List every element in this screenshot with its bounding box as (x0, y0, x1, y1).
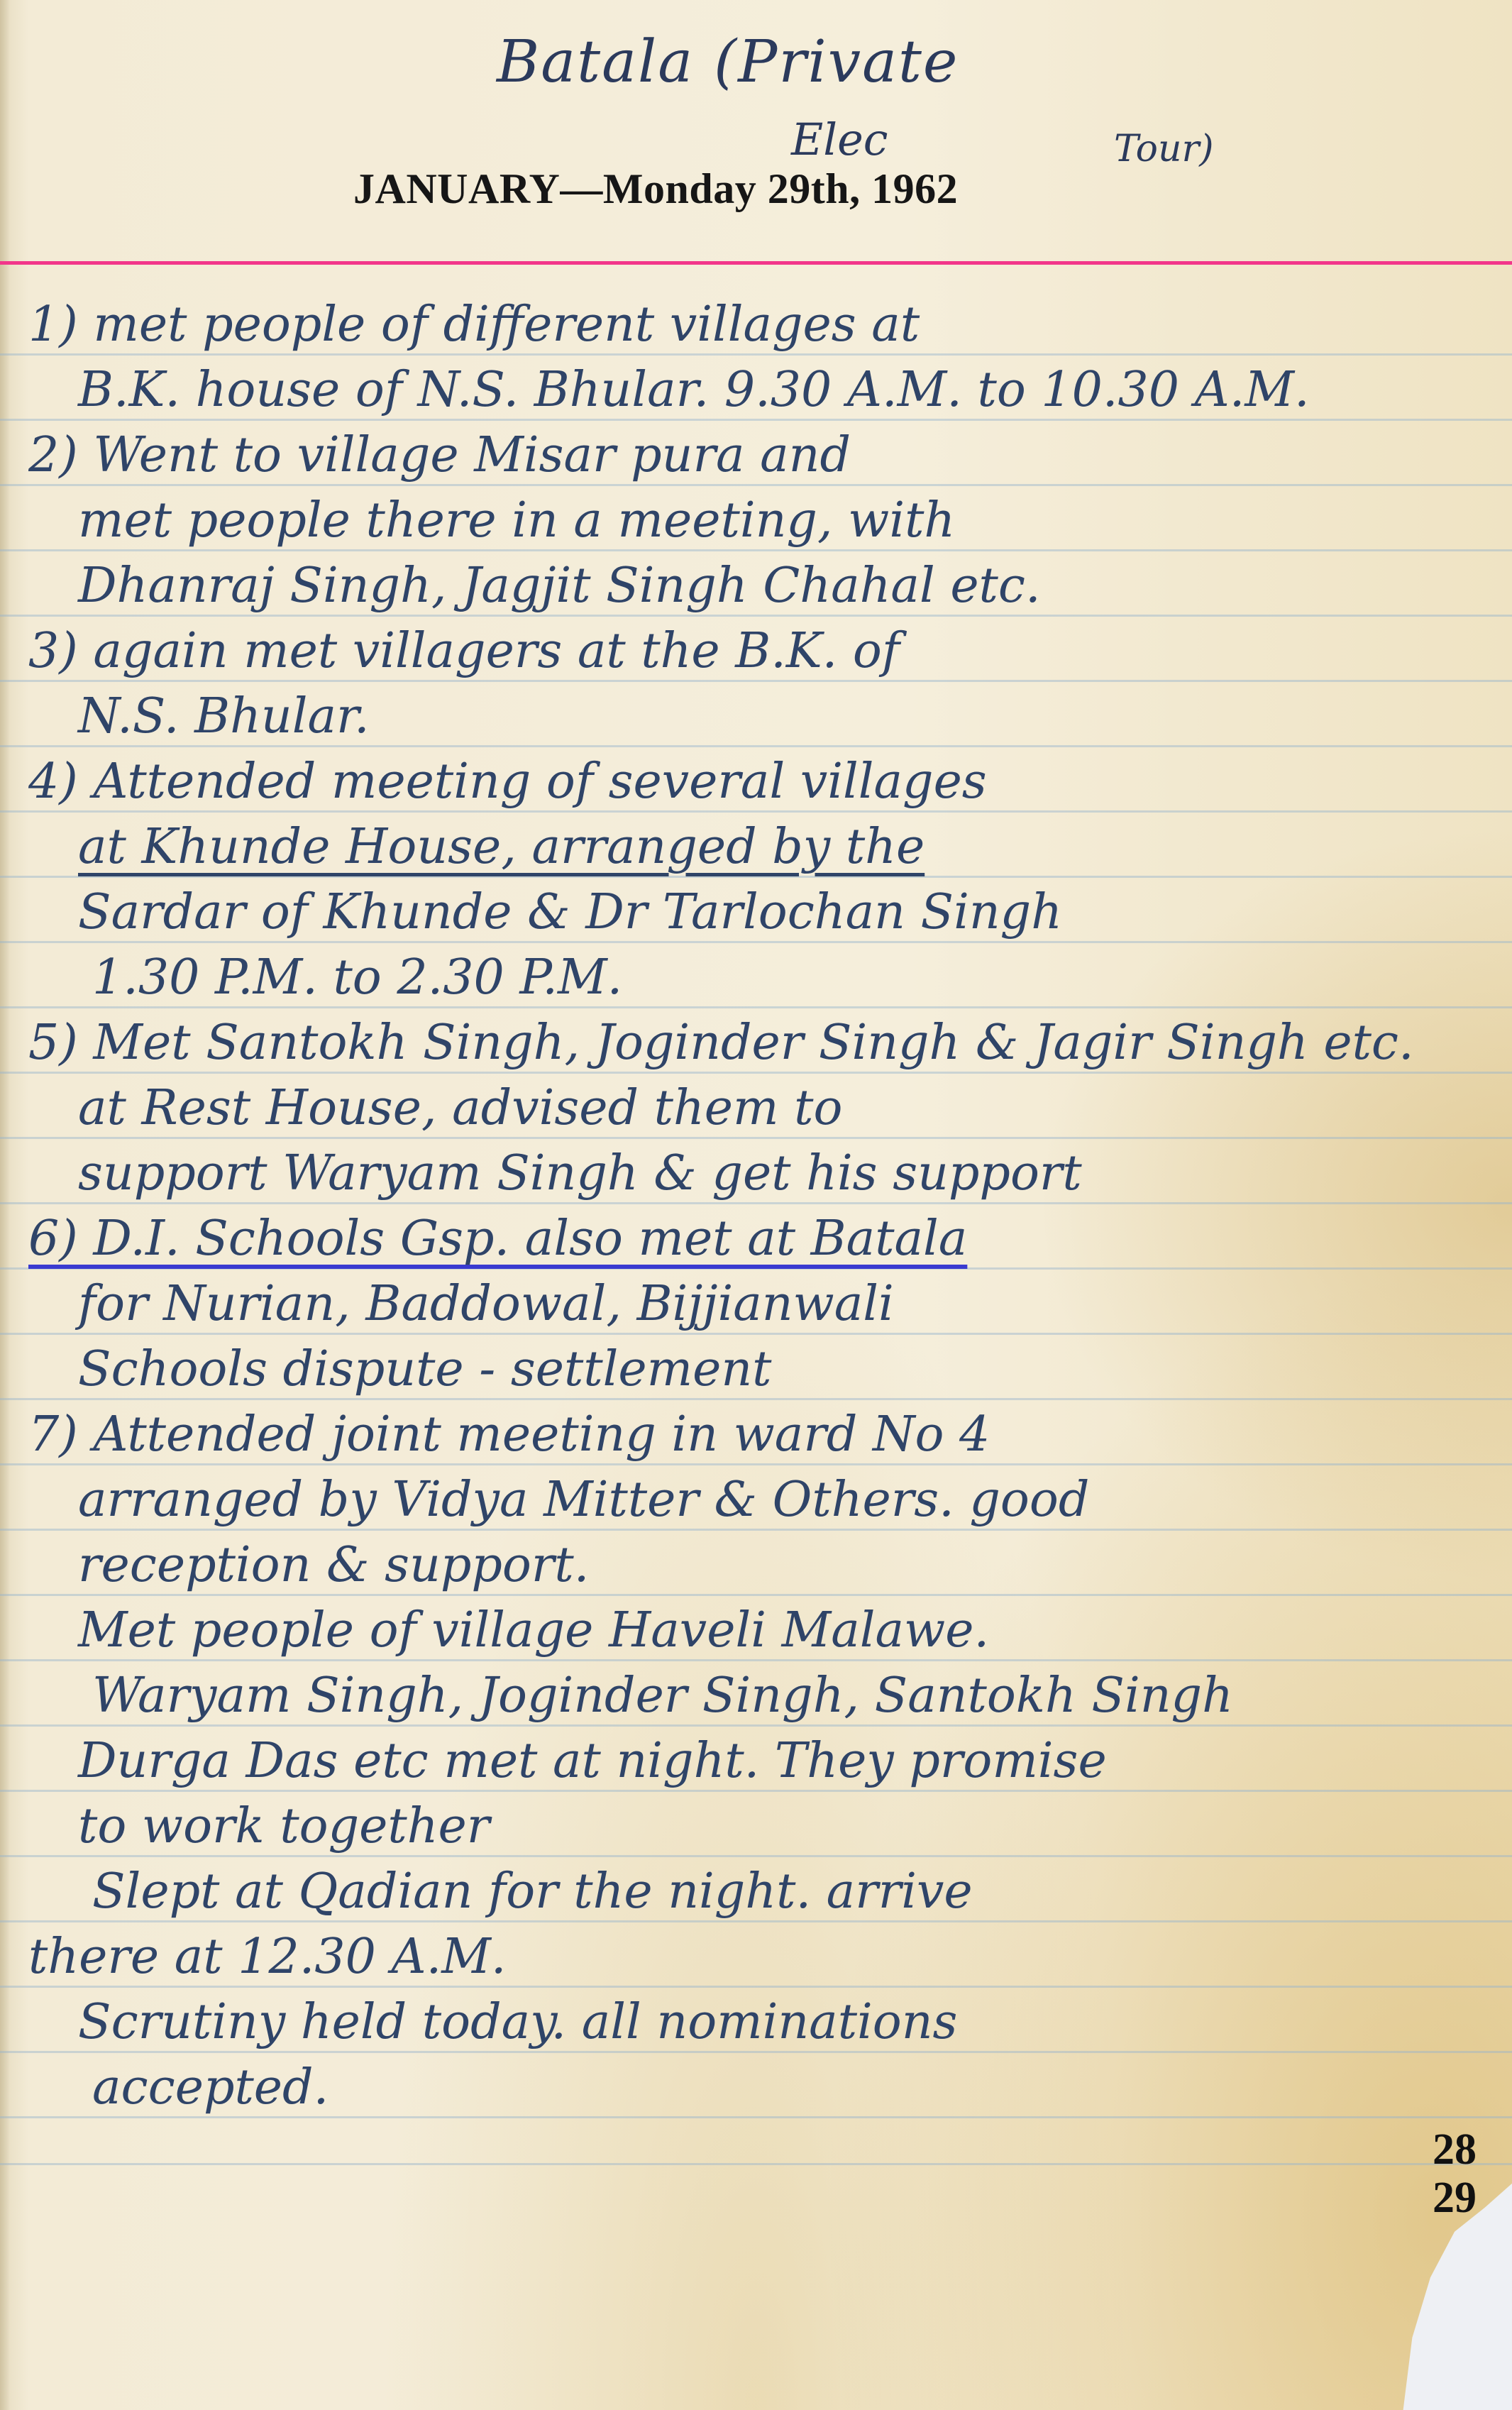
entry-3-line-2: N.S. Bhular. (28, 684, 1476, 749)
tab-date-29: 29 (1423, 2174, 1486, 2222)
entry-7-line-1: 7) Attended joint meeting in ward No 4 (28, 1402, 1476, 1468)
entry-5-line-1: 5) Met Santokh Singh, Joginder Singh & J… (28, 1011, 1476, 1076)
page-date-tab[interactable]: 28 29 (1423, 2125, 1486, 2222)
entry-10-line-1: Slept at Qadian for the night. arrive (28, 1859, 1476, 1925)
handwritten-title: Batala (Private (497, 28, 959, 96)
entry-7-line-2: arranged by Vidya Mitter & Others. good (28, 1468, 1476, 1533)
diary-page: Batala (Private Elec Tour) JANUARY—Monda… (0, 0, 1512, 2410)
header-margin-line (0, 261, 1512, 265)
handwritten-title-line3: Tour) (1114, 128, 1214, 170)
entry-5-line-2: at Rest House, advised them to (28, 1076, 1476, 1141)
entry-4-line-3: Sardar of Khunde & Dr Tarlochan Singh (28, 880, 1476, 945)
entry-4-line-2: at Khunde House, arranged by the (28, 815, 1476, 880)
entry-7-line-3: reception & support. (28, 1533, 1476, 1598)
entry-1-line-2: B.K. house of N.S. Bhular. 9.30 A.M. to … (28, 358, 1476, 423)
page-spine-shadow (0, 0, 10, 2410)
entry-5-line-3: support Waryam Singh & get his support (28, 1141, 1476, 1206)
entry-9-line-2: Durga Das etc met at night. They promise (28, 1729, 1476, 1794)
diary-entries: 1) met people of different villages at B… (28, 292, 1476, 2120)
entry-6-line-1: 6) D.I. Schools Gsp. also met at Batala (28, 1206, 1476, 1272)
entry-11-line-2: accepted. (28, 2055, 1476, 2120)
entry-4-line-1: 4) Attended meeting of several villages (28, 749, 1476, 815)
entry-9-line-3: to work together (28, 1794, 1476, 1859)
tab-date-28: 28 (1423, 2125, 1486, 2174)
entry-6-line-3: Schools dispute - settlement (28, 1337, 1476, 1402)
entry-3-line-1: 3) again met villagers at the B.K. of (28, 619, 1476, 684)
entry-2-line-2: met people there in a meeting, with (28, 488, 1476, 554)
entry-2-line-3: Dhanraj Singh, Jagjit Singh Chahal etc. (28, 554, 1476, 619)
entry-10-line-2: there at 12.30 A.M. (28, 1925, 1476, 1990)
ruled-line (0, 2163, 1512, 2165)
entry-6-line-2: for Nurian, Baddowal, Bijjianwali (28, 1272, 1476, 1337)
handwritten-title-line2: Elec (791, 114, 888, 165)
entry-9-line-1: Waryam Singh, Joginder Singh, Santokh Si… (28, 1663, 1476, 1729)
printed-date-heading: JANUARY—Monday 29th, 1962 (353, 165, 958, 214)
entry-4-line-4: 1.30 P.M. to 2.30 P.M. (28, 945, 1476, 1011)
entry-2-line-1: 2) Went to village Misar pura and (28, 423, 1476, 488)
entry-8-line-1: Met people of village Haveli Malawe. (28, 1598, 1476, 1663)
entry-11-line-1: Scrutiny held today. all nominations (28, 1990, 1476, 2055)
entry-1-line-1: 1) met people of different villages at (28, 292, 1476, 358)
